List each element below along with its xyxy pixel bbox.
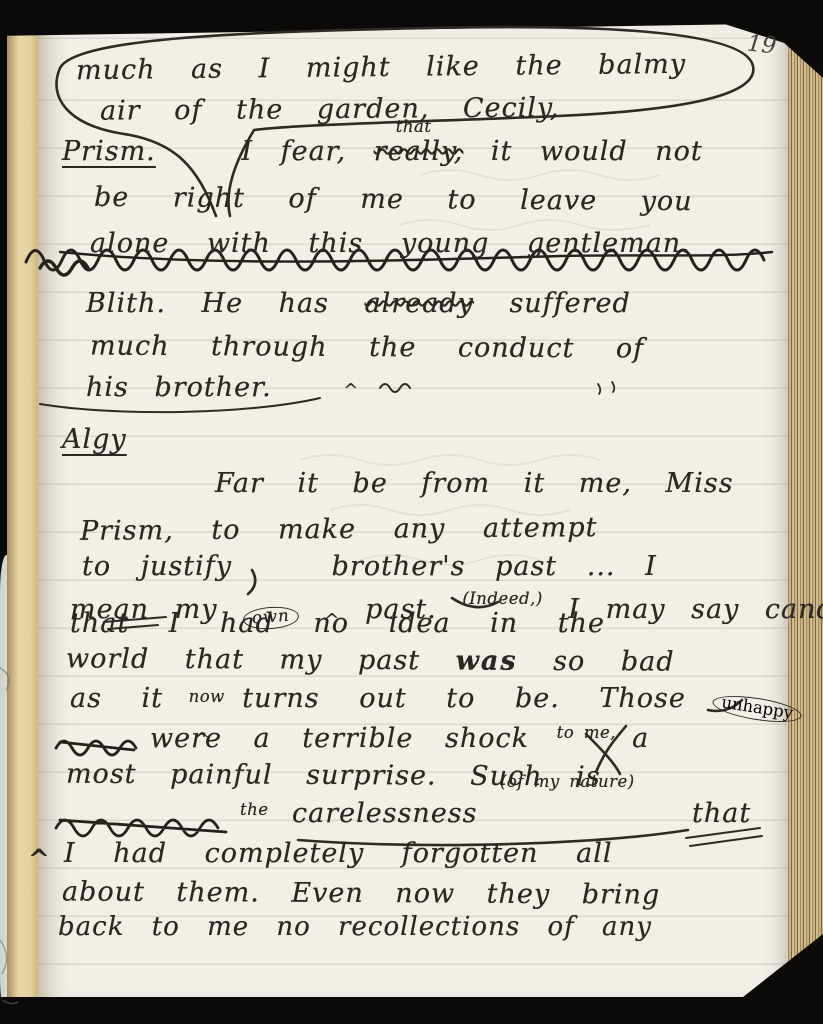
line-text: I may say candidly — [568, 594, 823, 625]
manuscript-line: Prism. I fear, that really, it would not — [62, 136, 703, 167]
line-text: a — [632, 723, 649, 754]
manuscript-line: alone with this young gentleman. — [90, 228, 691, 259]
manuscript-line: that — [692, 798, 751, 829]
manuscript-photo: 19 — [0, 0, 823, 1024]
manuscript-line: that I had no idea in the — [70, 608, 605, 639]
manuscript-line: about them. Even now they bring — [62, 876, 660, 910]
manuscript-line: back to me no recollections of any — [58, 912, 652, 942]
manuscript-line: were a terrible shock to me, a — [150, 723, 649, 754]
struck-word: already — [365, 288, 474, 319]
line-text: brother's past ... I — [332, 551, 657, 582]
inserted-word: the — [240, 800, 269, 819]
manuscript-line: be right of me to leave you — [94, 182, 693, 217]
line-text: to justify — [82, 551, 232, 582]
line-text: were a terrible shock — [150, 723, 529, 754]
balloon-line-1: much as I might like the balmy — [76, 49, 686, 86]
manuscript-line: his brother. ^ — [86, 372, 358, 403]
inserted-phrase: to me, — [557, 723, 616, 742]
overwritten-word: was — [456, 645, 518, 676]
speaker-label-prism: Prism. — [62, 136, 156, 167]
struck-word: really, — [374, 136, 464, 167]
line-text: turns out to be. Those — [242, 683, 686, 714]
manuscript-line: Far it be from it me, Miss — [215, 468, 734, 499]
manuscript-line: much through the conduct of — [90, 331, 644, 365]
inserted-word: that — [396, 117, 432, 136]
line-text: it would not — [491, 136, 703, 167]
manuscript-line: world that my past was so bad — [66, 643, 675, 677]
manuscript-line: to justify brother's past ... I — [82, 551, 657, 582]
inserted-phrase: (of my nature) — [500, 772, 635, 791]
circled-insertion-indeed: (Indeed,) — [462, 589, 542, 608]
line-text: He has — [202, 288, 329, 319]
inserted-word: now — [189, 687, 225, 706]
page-number: 19 — [746, 31, 778, 60]
line-text: as it — [70, 683, 163, 714]
manuscript-line: as it now ^ turns out to be. Those — [70, 683, 686, 714]
line-text: world that my past — [66, 643, 420, 676]
insertion-caret: ^ — [343, 380, 358, 401]
balloon-line-2: air of the garden, Cecily, — [100, 92, 559, 126]
speaker-heading-algy: Algy — [62, 424, 127, 455]
revised-word: that really, — [374, 136, 464, 167]
manuscript-line: Prism, to make any attempt — [80, 512, 598, 547]
line-text: his brother. — [86, 372, 272, 403]
line-text: suffered — [509, 288, 630, 319]
line-text: so bad — [553, 646, 675, 678]
margin-caret: ^ — [28, 845, 50, 875]
line-text: I fear, — [241, 136, 346, 167]
manuscript-line: Blith. He has already suffered — [86, 288, 631, 319]
photo-border-bottom — [0, 997, 823, 1024]
book-fore-edge — [786, 40, 823, 992]
manuscript-line: I had completely forgotten all — [64, 838, 613, 869]
speaker-label-blith: Blith. — [86, 288, 166, 319]
manuscript-line: carelessness — [292, 798, 478, 829]
